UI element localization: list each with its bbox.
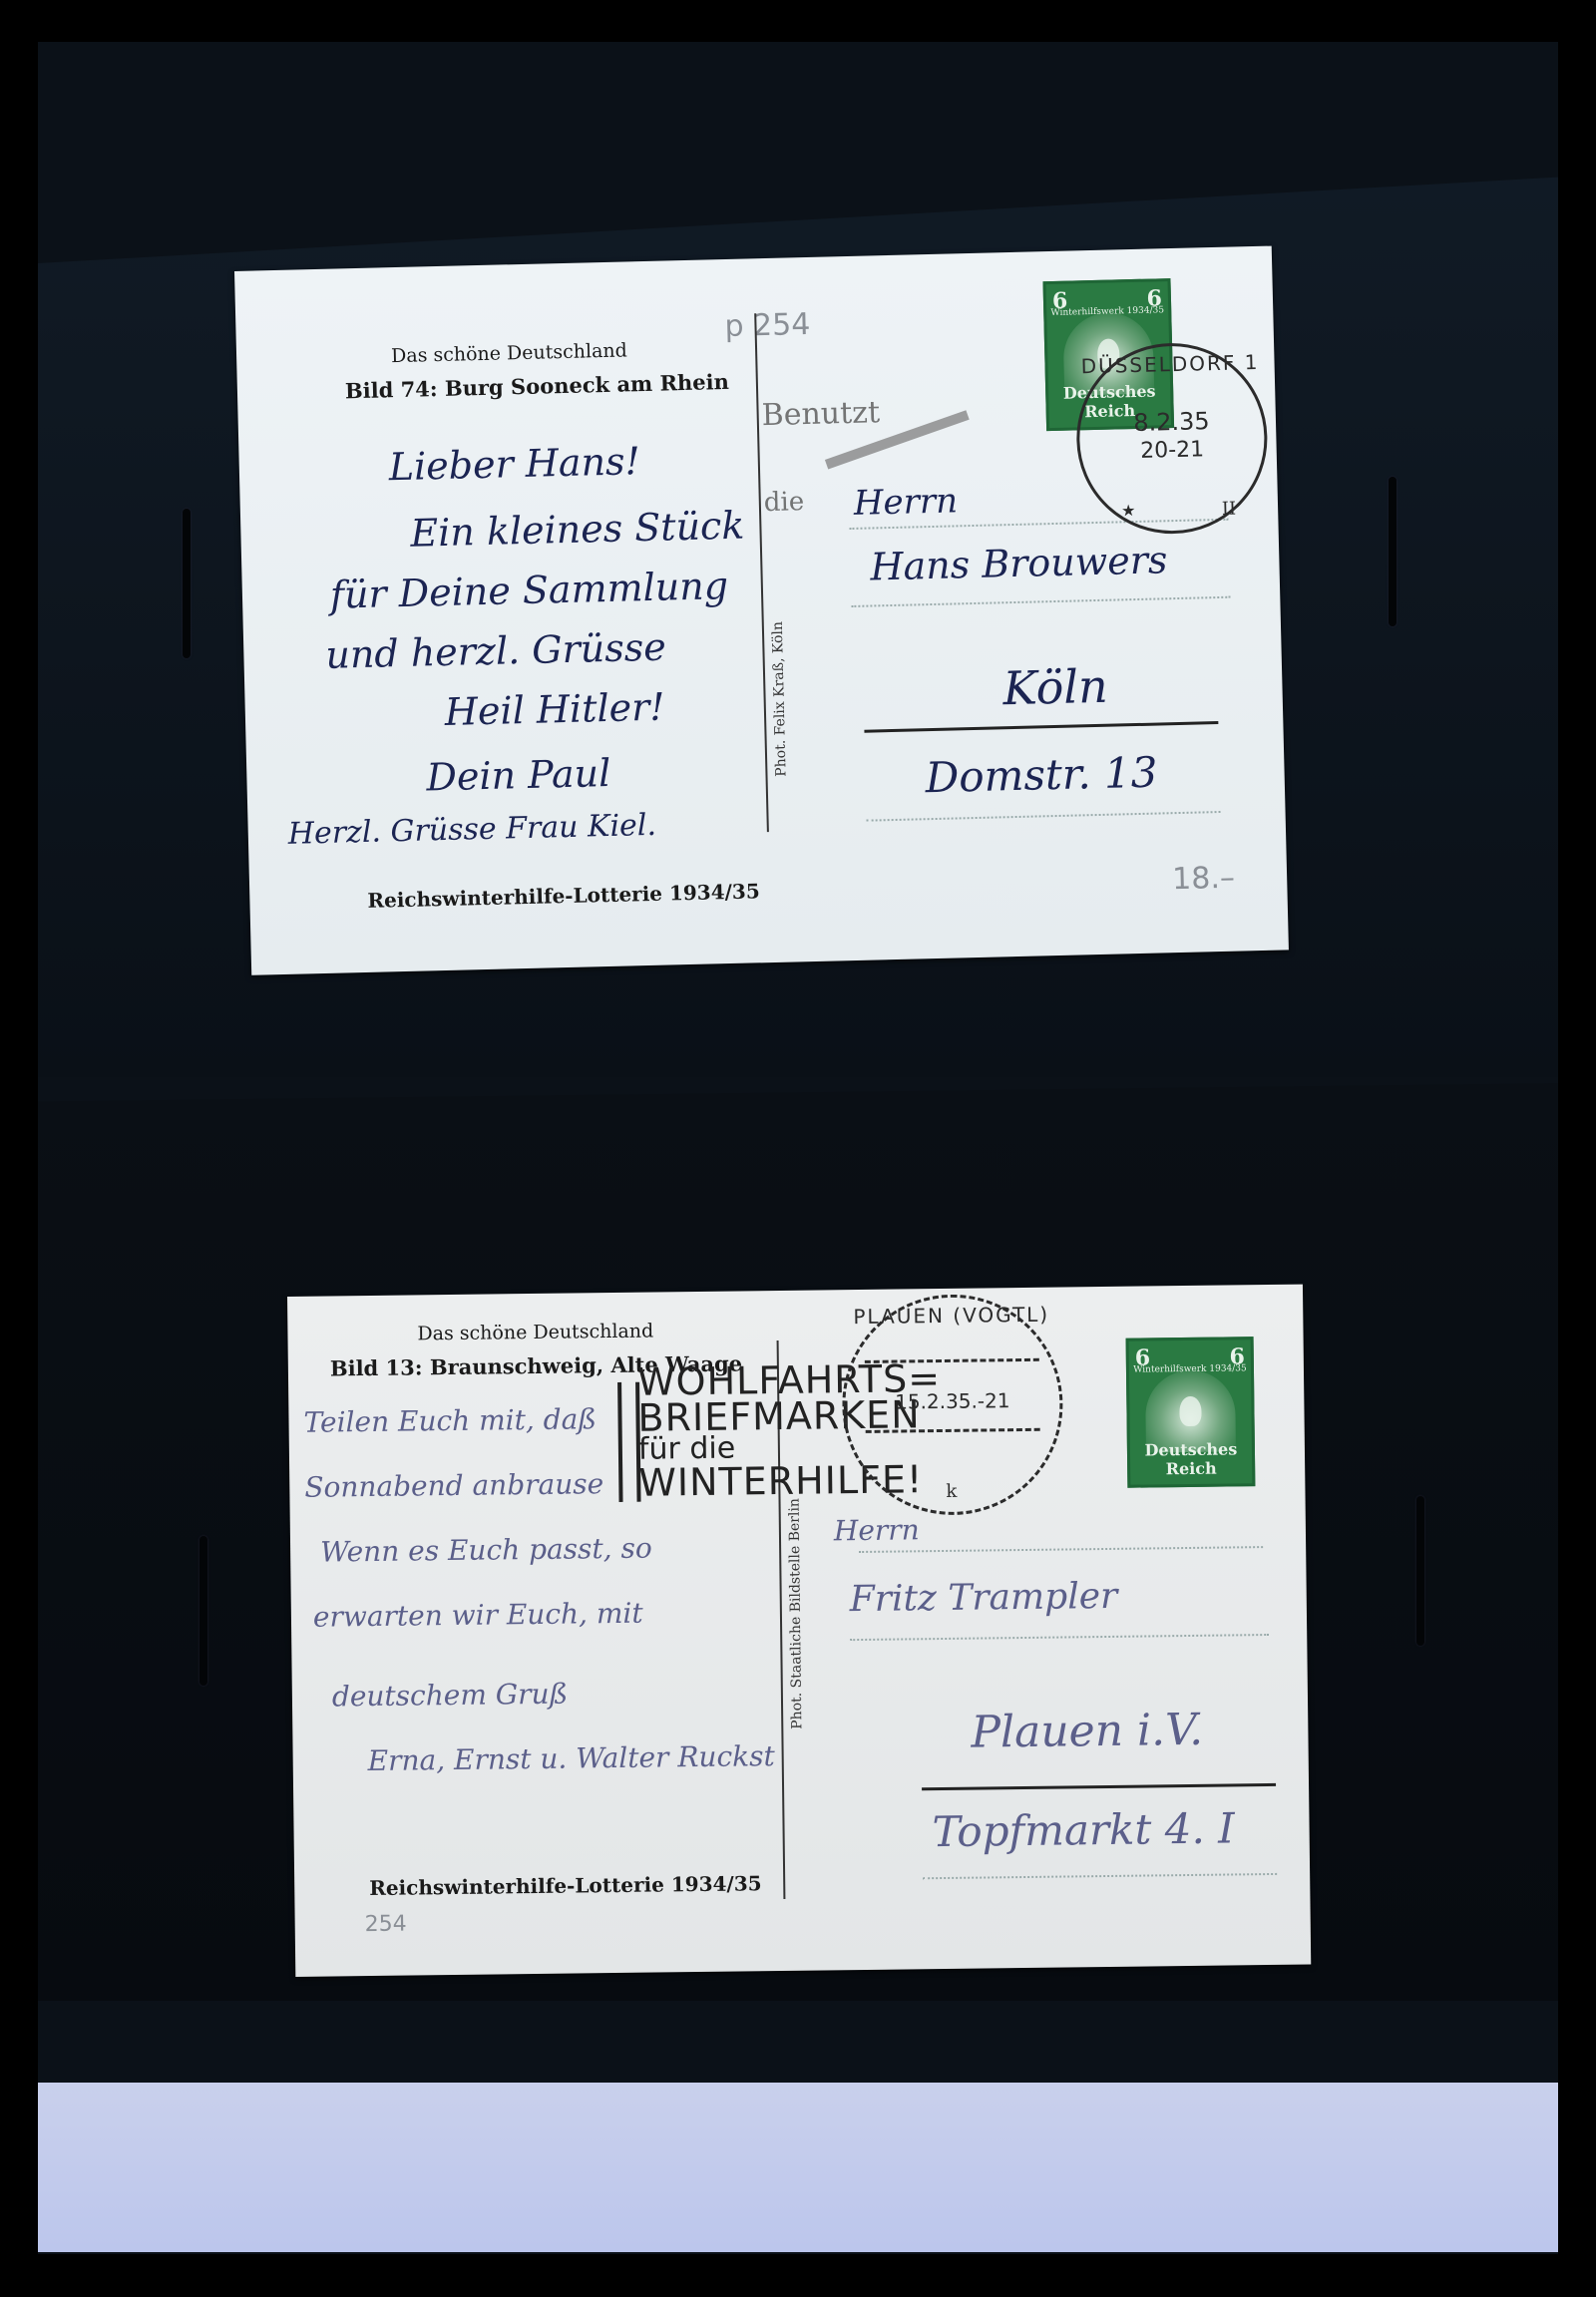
album-slot-mark xyxy=(183,509,191,658)
card-header-title: Bild 74: Burg Sooneck am Rhein xyxy=(345,369,729,403)
address-city: Plauen i.V. xyxy=(971,1705,1203,1758)
card-footer: Reichswinterhilfe-Lotterie 1934/35 xyxy=(369,1871,762,1900)
address-name: Fritz Trampler xyxy=(850,1576,1118,1620)
message-line: Heil Hitler! xyxy=(444,685,665,734)
lamp-icon xyxy=(1179,1396,1201,1426)
postmark-bar xyxy=(865,1358,1039,1363)
postcard-1: Das schöne Deutschland Bild 74: Burg Soo… xyxy=(234,246,1289,975)
slogan-text: die xyxy=(763,487,804,518)
circular-postmark: DÜSSELDORF 1 8.2.35 20-21 ★ II xyxy=(1074,341,1270,537)
message-line: Sonnabend anbrause xyxy=(304,1467,603,1504)
card-header-series: Das schöne Deutschland xyxy=(417,1321,653,1345)
postmark-code: II xyxy=(1222,499,1237,520)
message-line: Lieber Hans! xyxy=(388,439,640,489)
message-line: Teilen Euch mit, daß xyxy=(303,1402,597,1439)
pencil-note-catalog: p 254 xyxy=(724,307,811,344)
address-underline xyxy=(864,721,1218,733)
address-salutation: Herrn xyxy=(834,1513,920,1547)
photographer-credit: Phot. Staatliche Bildstelle Berlin xyxy=(787,1498,806,1729)
address-salutation: Herrn xyxy=(853,481,958,524)
message-signature: Erna, Ernst u. Walter Ruckst xyxy=(367,1739,774,1777)
pencil-note-catalog: 254 xyxy=(365,1912,407,1938)
message-line: und herzl. Grüsse xyxy=(325,625,666,677)
circular-postmark: PLAUEN (VOGTL) 15.2.35.-21 k xyxy=(841,1294,1064,1517)
address-line xyxy=(850,1634,1269,1641)
postmark-bar xyxy=(866,1428,1040,1433)
address-line xyxy=(851,596,1230,607)
address-street: Topfmarkt 4. I xyxy=(932,1803,1235,1856)
postmark-date: 15.2.35.-21 xyxy=(845,1388,1059,1415)
address-underline xyxy=(922,1783,1276,1790)
postmark-town: DÜSSELDORF 1 xyxy=(1077,350,1263,379)
message-line: Ein kleines Stück xyxy=(410,504,745,556)
message-line: deutschem Gruß xyxy=(332,1678,569,1714)
address-name: Hans Brouwers xyxy=(870,538,1168,588)
postmark-town: PLAUEN (VOGTL) xyxy=(844,1303,1058,1330)
message-line: erwarten wir Euch, mit xyxy=(313,1597,643,1634)
postmark-date: 8.2.35 xyxy=(1079,406,1265,439)
stamp-legend: Winterhilfswerk 1934/35 xyxy=(1129,1363,1251,1374)
album-page-margin xyxy=(38,2083,1558,2252)
address-city: Köln xyxy=(1002,659,1108,716)
photographer-credit: Phot. Felix Kraß, Köln xyxy=(770,621,790,777)
album-slot-mark xyxy=(1389,477,1396,626)
album-slot-mark xyxy=(199,1536,207,1686)
star-icon: ★ xyxy=(1121,501,1136,520)
address-street: Domstr. 13 xyxy=(925,748,1158,803)
message-line: für Deine Sammlung xyxy=(329,564,728,617)
postmark-code: k xyxy=(946,1481,957,1502)
postcard-2: Das schöne Deutschland Bild 13: Braunsch… xyxy=(287,1285,1311,1977)
card-header-series: Das schöne Deutschland xyxy=(391,339,627,367)
message-line: Wenn es Euch passt, so xyxy=(320,1532,652,1569)
message-signature: Dein Paul xyxy=(426,751,611,800)
stamp-country: Deutsches Reich xyxy=(1130,1439,1252,1478)
card-footer: Reichswinterhilfe-Lotterie 1934/35 xyxy=(367,879,760,913)
message-line: Herzl. Grüsse Frau Kiel. xyxy=(287,808,656,852)
album-slot-mark xyxy=(1416,1496,1424,1646)
postmark-time: 20-21 xyxy=(1079,436,1265,466)
postage-stamp: 6 6 Winterhilfswerk 1934/35 Deutsches Re… xyxy=(1126,1337,1256,1488)
pencil-note-price: 18.– xyxy=(1172,861,1236,898)
stamp-legend: Winterhilfswerk 1934/35 xyxy=(1046,305,1168,318)
address-line xyxy=(867,811,1221,822)
address-line xyxy=(859,1546,1263,1553)
address-line xyxy=(923,1873,1277,1879)
card-divider xyxy=(754,313,769,832)
slogan-text: Benutzt xyxy=(761,393,982,433)
